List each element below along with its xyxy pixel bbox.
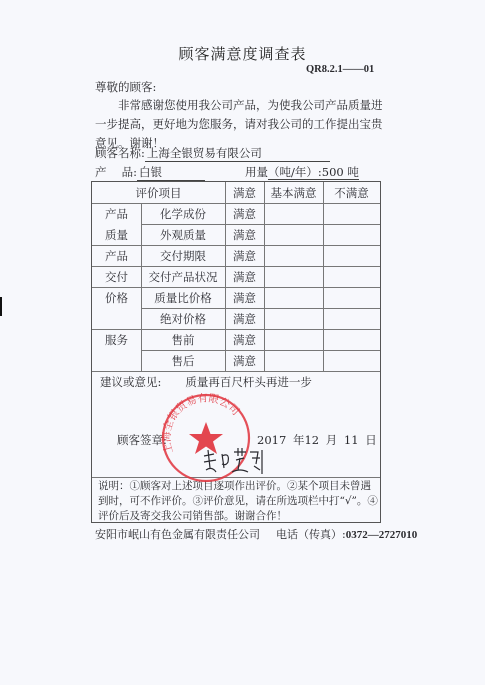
- form-code: QR8.2.1——01: [306, 64, 374, 75]
- footer: 安阳市岷山有色金属有限责任公司电话（传真）:0372—2727010: [95, 526, 417, 542]
- row-item: 售后: [141, 350, 225, 371]
- row-rating: 满意: [225, 287, 264, 308]
- customer-name-label: 顾客名称:: [95, 146, 145, 160]
- row-item: 外观质量: [141, 224, 225, 245]
- row-item: 售前: [141, 329, 225, 350]
- usage-unit: （吨/年）:: [268, 165, 322, 180]
- group-price: 价格: [92, 287, 141, 308]
- footer-phone-number: 0372—2727010: [346, 529, 418, 541]
- row-rating: 满意: [225, 245, 264, 266]
- feedback-label: 建议或意见:: [100, 375, 161, 389]
- sign-date: 2017 年12 月 11 日: [257, 432, 377, 448]
- row-rating: 满意: [225, 308, 264, 329]
- customer-name-value: 上海全银贸易有限公司: [145, 145, 330, 162]
- row-rating: 满意: [225, 203, 264, 224]
- usage-label: 用量: [245, 165, 268, 179]
- group-service: 服务: [92, 329, 141, 350]
- row-rating: 满意: [225, 224, 264, 245]
- product-value: 白银: [137, 164, 205, 181]
- survey-page: 顾客满意度调查表 QR8.2.1——01 尊敬的顾客: 非常感谢您使用我公司产品…: [0, 0, 485, 685]
- feedback-line: 建议或意见:质量再百尺杆头再进一步: [100, 374, 312, 390]
- header-satisfied: 满意: [225, 182, 264, 203]
- group-delivery: 交付: [92, 266, 141, 287]
- row-item: 绝对价格: [141, 308, 225, 329]
- group-product-quality-line2: 质量: [92, 224, 141, 245]
- row-rating: 满意: [225, 266, 264, 287]
- date-year: 2017: [257, 433, 286, 447]
- greeting: 尊敬的顾客:: [95, 79, 156, 95]
- row-item: 交付期限: [141, 245, 225, 266]
- product-label: 产 品:: [95, 165, 137, 179]
- table-divider: [264, 182, 265, 371]
- group-product: 产品: [92, 245, 141, 266]
- product-line: 产 品:白银: [95, 164, 205, 181]
- header-basic-satisfied: 基本满意: [264, 182, 323, 203]
- header-eval-item: 评价项目: [92, 182, 225, 203]
- customer-name-line: 顾客名称:上海全银贸易有限公司: [95, 145, 330, 162]
- date-year-unit: 年: [293, 433, 305, 447]
- scan-edge-mark: [0, 297, 2, 316]
- table-divider: [92, 371, 380, 372]
- usage-line: 用量（吨/年）:500 吨: [245, 164, 359, 180]
- handwritten-signature: [200, 446, 268, 476]
- row-rating: 满意: [225, 329, 264, 350]
- footer-company: 安阳市岷山有色金属有限责任公司: [95, 528, 260, 541]
- feedback-value: 质量再百尺杆头再进一步: [185, 375, 312, 389]
- row-item: 交付产品状况: [141, 266, 225, 287]
- usage-value: 500 吨: [322, 165, 359, 180]
- instructions-notes: 说明：①顾客对上述项目逐项作出评价。②某个项目未曾遇到时，可不作评价。③评价意见…: [98, 479, 378, 524]
- date-month-unit: 月: [326, 433, 338, 447]
- row-item: 质量比价格: [141, 287, 225, 308]
- document-title: 顾客满意度调查表: [0, 43, 485, 64]
- footer-phone-label: 电话（传真）:: [276, 528, 346, 541]
- row-item: 化学成份: [141, 203, 225, 224]
- date-day: 11: [344, 433, 359, 447]
- table-divider: [323, 182, 324, 371]
- date-month: 12: [304, 433, 319, 447]
- date-day-unit: 日: [365, 433, 377, 447]
- row-rating: 满意: [225, 350, 264, 371]
- header-unsatisfied: 不满意: [323, 182, 380, 203]
- group-product-quality-line1: 产品: [92, 203, 141, 224]
